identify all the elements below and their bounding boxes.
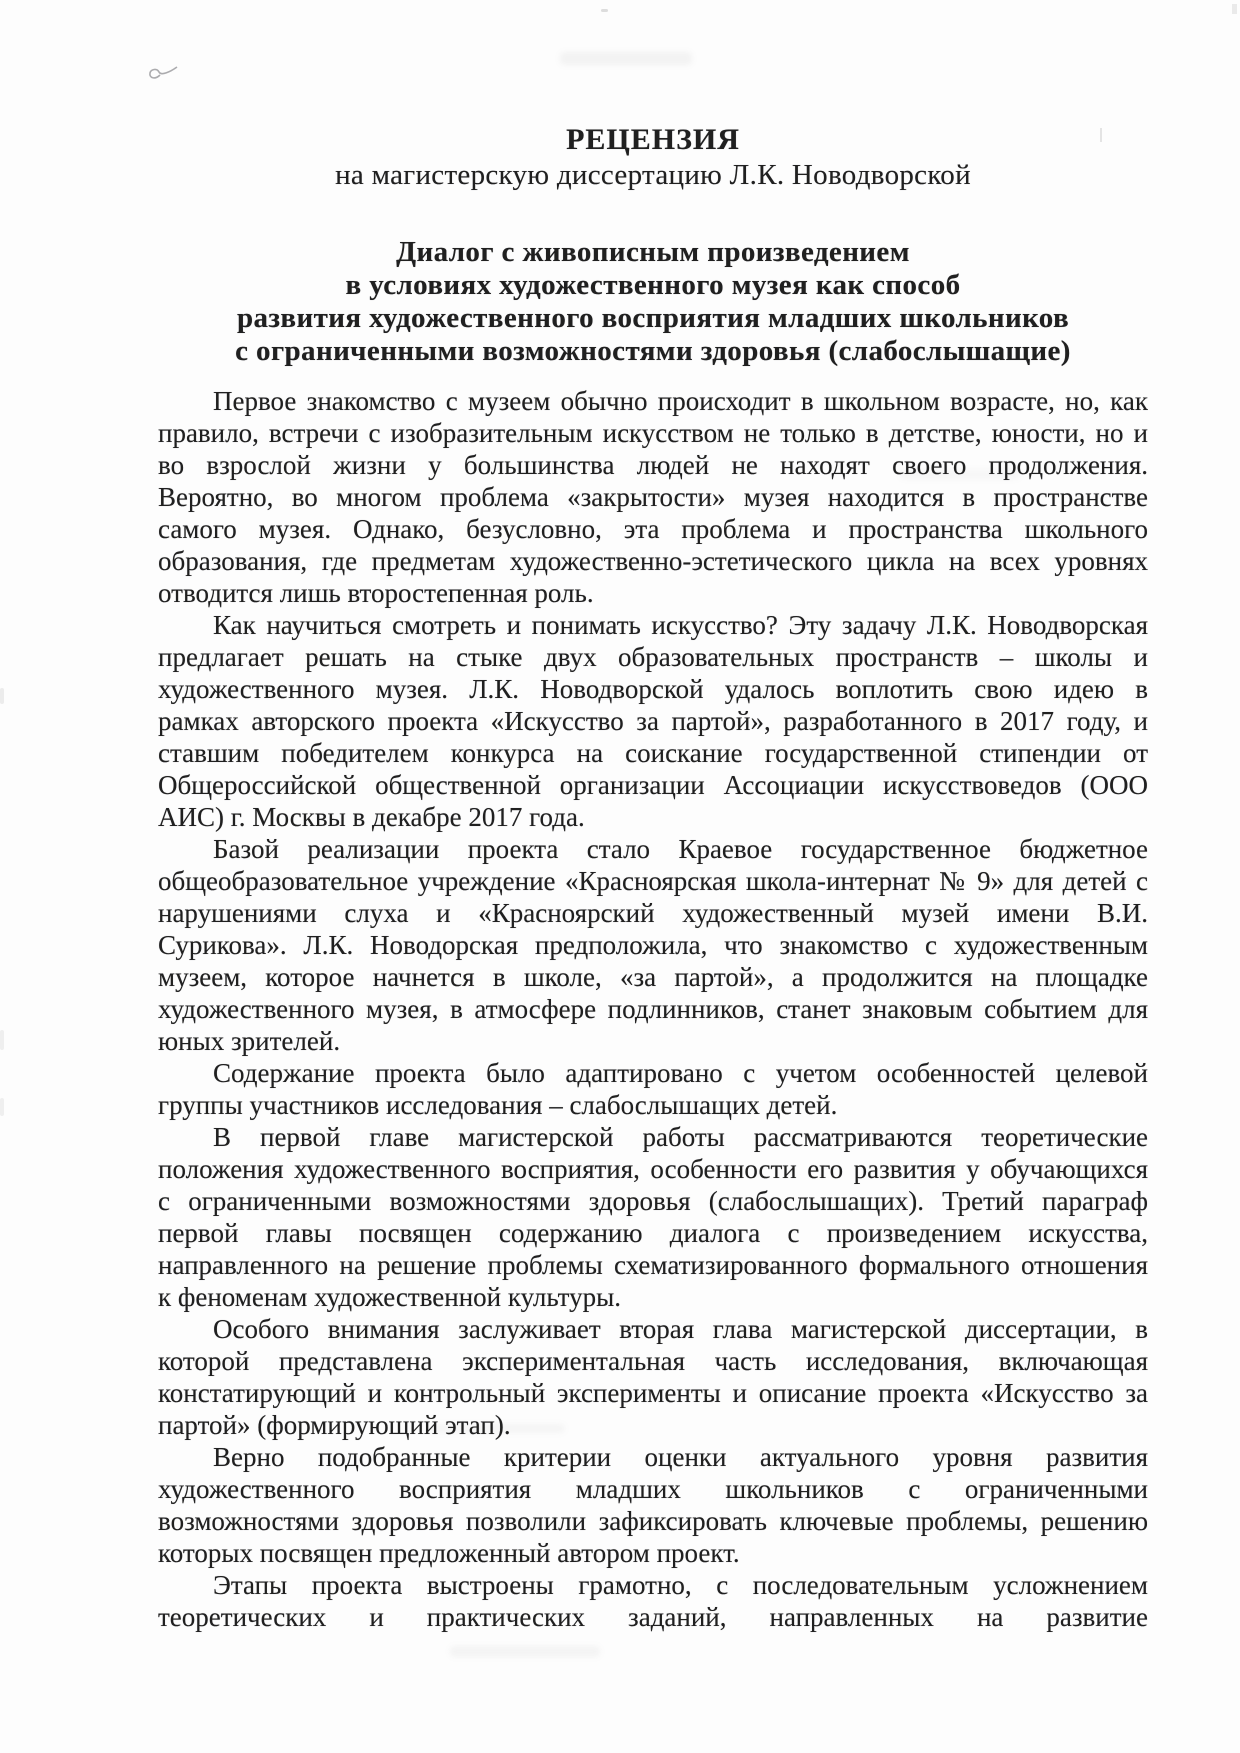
text-line: во взрослой жизни у большинства людей не… [158, 449, 1148, 481]
text-line: ставшим победителем конкурса на соискани… [158, 737, 1148, 769]
paragraph: Как научиться смотреть и понимать искусс… [158, 609, 1148, 833]
text-line: В первой главе магистерской работы рассм… [158, 1121, 1148, 1153]
review-body: Первое знакомство с музеем обычно происх… [158, 385, 1148, 1633]
text-line: партой» (формирующий этап). [158, 1409, 1148, 1441]
dissertation-title-line: развития художественного восприятия млад… [158, 302, 1148, 335]
text-line: музеем, которое начнется в школе, «за па… [158, 961, 1148, 993]
text-line: нарушениями слуха и «Красноярский художе… [158, 897, 1148, 929]
text-line: общеобразовательное учреждение «Краснояр… [158, 865, 1148, 897]
document-content: РЕЦЕНЗИЯ на магистерскую диссертацию Л.К… [158, 122, 1148, 1633]
paragraph: Базой реализации проекта стало Краевое г… [158, 833, 1148, 1057]
scan-speck [0, 1098, 4, 1116]
ghost-smudge [450, 1646, 600, 1657]
document-page: РЕЦЕНЗИЯ на магистерскую диссертацию Л.К… [0, 0, 1240, 1753]
text-line: Особого внимания заслуживает вторая глав… [158, 1313, 1148, 1345]
text-line: отводится лишь второстепенная роль. [158, 577, 1148, 609]
text-line: теоретических и практических заданий, на… [158, 1601, 1148, 1633]
scan-speck [601, 9, 608, 12]
text-line: Сурикова». Л.К. Новодорская предположила… [158, 929, 1148, 961]
text-line: которых посвящен предложенный автором пр… [158, 1537, 1148, 1569]
text-line: художественного музея. Л.К. Новодворской… [158, 673, 1148, 705]
text-line: Верно подобранные критерии оценки актуал… [158, 1441, 1148, 1473]
text-line: Первое знакомство с музеем обычно происх… [158, 385, 1148, 417]
text-line: Вероятно, во многом проблема «закрытости… [158, 481, 1148, 513]
text-line: правило, встречи с изобразительным искус… [158, 417, 1148, 449]
text-line: к феноменам художественной культуры. [158, 1281, 1148, 1313]
text-line: первой главы посвящен содержанию диалога… [158, 1217, 1148, 1249]
text-line: Этапы проекта выстроены грамотно, с посл… [158, 1569, 1148, 1601]
text-line: направленного на решение проблемы схемат… [158, 1249, 1148, 1281]
text-line: художественного музея, в атмосфере подли… [158, 993, 1148, 1025]
dissertation-title-line: Диалог с живописным произведением [158, 236, 1148, 269]
paragraph: Верно подобранные критерии оценки актуал… [158, 1441, 1148, 1569]
text-line: рамках авторского проекта «Искусство за … [158, 705, 1148, 737]
text-line: предлагает решать на стыке двух образова… [158, 641, 1148, 673]
paragraph: Первое знакомство с музеем обычно происх… [158, 385, 1148, 609]
text-line: констатирующий и контрольный эксперимент… [158, 1377, 1148, 1409]
paragraph: Этапы проекта выстроены грамотно, с посл… [158, 1569, 1148, 1633]
text-line: возможностями здоровья позволили зафикси… [158, 1505, 1148, 1537]
doc-subtitle: на магистерскую диссертацию Л.К. Новодво… [158, 158, 1148, 192]
paragraph: В первой главе магистерской работы рассм… [158, 1121, 1148, 1313]
text-line: АИС) г. Москвы в декабре 2017 года. [158, 801, 1148, 833]
scan-speck [1232, 4, 1237, 14]
text-line: образования, где предметам художественно… [158, 545, 1148, 577]
scan-speck [0, 1030, 4, 1050]
paragraph: Содержание проекта было адаптировано с у… [158, 1057, 1148, 1121]
pen-mark [146, 62, 180, 86]
dissertation-title-line: в условиях художественного музея как спо… [158, 269, 1148, 302]
text-line: Базой реализации проекта стало Краевое г… [158, 833, 1148, 865]
doc-type-heading: РЕЦЕНЗИЯ [158, 122, 1148, 158]
text-line: юных зрителей. [158, 1025, 1148, 1057]
text-line: положения художественного восприятия, ос… [158, 1153, 1148, 1185]
ghost-smudge [560, 52, 692, 65]
text-line: Как научиться смотреть и понимать искусс… [158, 609, 1148, 641]
text-line: Содержание проекта было адаптировано с у… [158, 1057, 1148, 1089]
scan-speck [0, 688, 4, 704]
paragraph: Особого внимания заслуживает вторая глав… [158, 1313, 1148, 1441]
dissertation-title: Диалог с живописным произведением в усло… [158, 236, 1148, 368]
dissertation-title-line: с ограниченными возможностями здоровья (… [158, 335, 1148, 368]
text-line: художественного восприятия младших школь… [158, 1473, 1148, 1505]
text-line: которой представлена экспериментальная ч… [158, 1345, 1148, 1377]
text-line: группы участников исследования – слабосл… [158, 1089, 1148, 1121]
text-line: Общероссийской общественной организации … [158, 769, 1148, 801]
text-line: самого музея. Однако, безусловно, эта пр… [158, 513, 1148, 545]
text-line: с ограниченными возможностями здоровья (… [158, 1185, 1148, 1217]
